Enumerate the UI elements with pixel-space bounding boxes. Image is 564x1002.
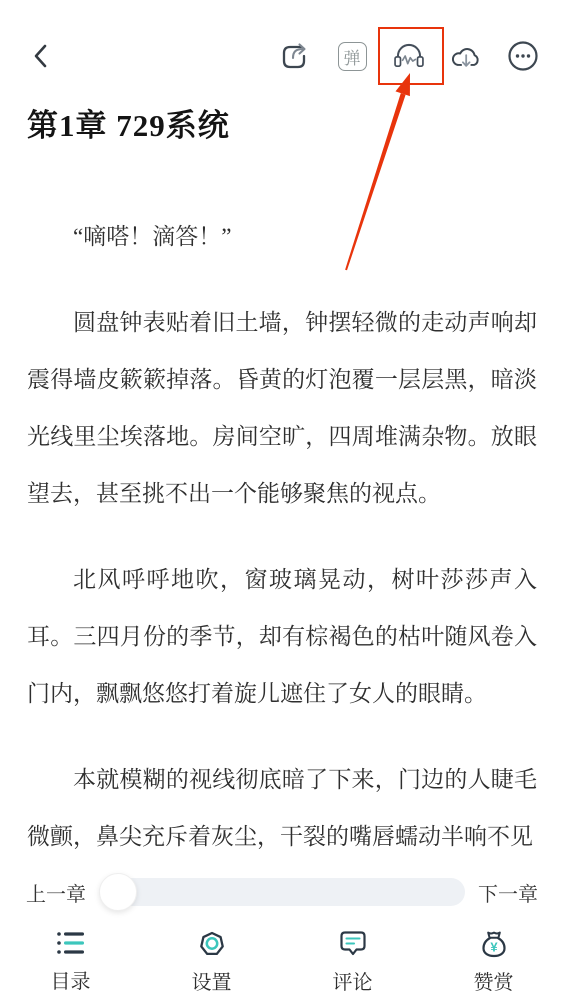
nav-label-contents: 目录 bbox=[51, 965, 91, 994]
chapter-title: 第1章 729系统 bbox=[27, 104, 537, 148]
nav-item-comments[interactable]: 评论 bbox=[282, 918, 423, 1002]
danmaku-icon: 弹 bbox=[338, 42, 367, 71]
nav-label-settings: 设置 bbox=[192, 966, 232, 995]
yuan-symbol: ¥ bbox=[490, 939, 498, 954]
chevron-left-icon bbox=[30, 43, 52, 69]
top-icon-group: 弹 bbox=[278, 36, 540, 76]
top-bar: 弹 bbox=[0, 28, 564, 84]
comments-icon bbox=[337, 928, 369, 959]
nav-item-contents[interactable]: 目录 bbox=[0, 918, 141, 1002]
share-button[interactable] bbox=[278, 36, 312, 76]
prev-chapter-button[interactable]: 上一章 bbox=[26, 878, 86, 907]
back-button[interactable] bbox=[24, 39, 58, 73]
reader-controls: 上一章 下一章 bbox=[0, 866, 564, 918]
paragraph: 圆盘钟表贴着旧土墙，钟摆轻微的走动声响却震得墙皮簌簌掉落。昏黄的灯泡覆一层层黑，… bbox=[27, 294, 537, 522]
reader-page: 弹 bbox=[0, 0, 564, 1002]
cloud-download-icon bbox=[449, 40, 483, 72]
danmaku-button[interactable]: 弹 bbox=[335, 36, 369, 76]
progress-slider[interactable] bbox=[99, 878, 465, 906]
progress-slider-thumb[interactable] bbox=[99, 873, 137, 911]
paragraph: 北风呼呼地吹，窗玻璃晃动，树叶莎莎声入耳。三四月份的季节，却有棕褐色的枯叶随风卷… bbox=[27, 551, 537, 722]
paragraph: 本就模糊的视线彻底暗了下来，门边的人睫毛微颤，鼻尖充斥着灰尘，干裂的嘴唇蠕动半响… bbox=[27, 751, 537, 865]
next-chapter-button[interactable]: 下一章 bbox=[478, 878, 538, 907]
download-button[interactable] bbox=[449, 36, 483, 76]
nav-label-comments: 评论 bbox=[333, 966, 373, 995]
listen-button[interactable] bbox=[392, 36, 426, 76]
listen-headphones-icon bbox=[392, 39, 426, 73]
danmaku-label: 弹 bbox=[344, 44, 361, 69]
nav-label-reward: 赞赏 bbox=[474, 966, 514, 995]
bottom-nav: 目录 设置 评论 ¥ 赞赏 bbox=[0, 918, 564, 1002]
settings-icon bbox=[196, 928, 228, 959]
nav-item-settings[interactable]: 设置 bbox=[141, 918, 282, 1002]
progress-slider-track[interactable] bbox=[99, 878, 465, 906]
paragraph: “嘀嗒！滴答！” bbox=[27, 208, 537, 265]
chapter-content: 第1章 729系统 “嘀嗒！滴答！” 圆盘钟表贴着旧土墙，钟摆轻微的走动声响却震… bbox=[0, 84, 564, 894]
more-button[interactable] bbox=[506, 36, 540, 76]
nav-item-reward[interactable]: ¥ 赞赏 bbox=[423, 918, 564, 1002]
reward-icon: ¥ bbox=[478, 928, 510, 959]
more-ellipsis-icon bbox=[506, 39, 540, 73]
share-icon bbox=[279, 40, 311, 72]
contents-list-icon bbox=[55, 928, 87, 958]
